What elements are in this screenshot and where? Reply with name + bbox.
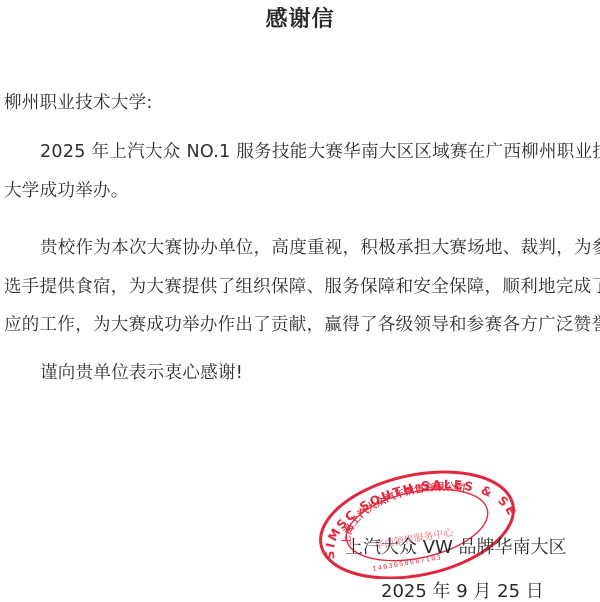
company-seal-stamp: SIMSC SOUTH SALES & SERVICE CENTRE 上海上汽大… <box>313 467 518 579</box>
paragraph-line: 大学成功举办。 <box>4 177 129 202</box>
paragraph-line: 应的工作，为大赛成功举办作出了贡献，赢得了各级领导和参赛各方广泛赞誉。 <box>4 311 600 336</box>
paragraph-line: 选手提供食宿，为大赛提供了组织保障、服务保障和安全保障，顺利地完成了相 <box>4 273 600 298</box>
letter-title: 感谢信 <box>0 2 600 33</box>
signature-organization: 上汽大众 VW 品牌华南大区 <box>345 533 567 559</box>
paragraph-line: 2025 年上汽大众 NO.1 服务技能大赛华南大区区域赛在广西柳州职业技术 <box>40 138 600 163</box>
closing-line: 谨向贵单位表示衷心感谢! <box>40 359 243 384</box>
salutation: 柳州职业技术大学: <box>4 89 153 114</box>
paragraph-line: 贵校作为本次大赛协办单位，高度重视，积极承担大赛场地、裁判，为参赛 <box>40 234 600 259</box>
signature-date: 2025 年 9 月 25 日 <box>381 577 544 602</box>
